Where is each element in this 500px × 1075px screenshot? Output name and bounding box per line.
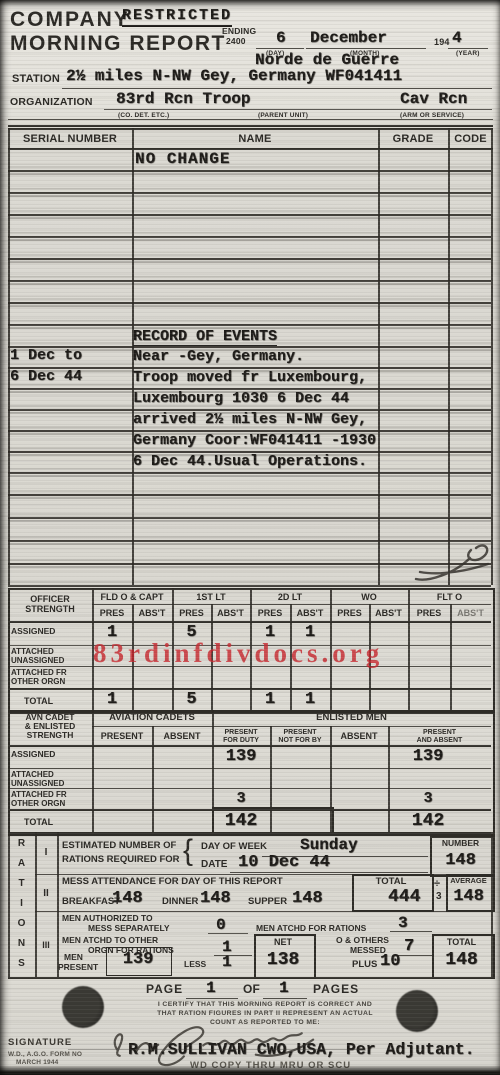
pages-total: 1 bbox=[279, 980, 289, 996]
events-date-to: 6 Dec 44 bbox=[10, 369, 82, 384]
enlisted-row-attached-1a: ATTACHED bbox=[11, 770, 54, 779]
officer-sub-abst-5: ABS'T bbox=[450, 608, 491, 618]
organization-label: ORGANIZATION bbox=[10, 97, 93, 108]
officer-row-assigned: ASSIGNED bbox=[11, 627, 55, 637]
form-number-line-1: W.D., A.G.O. FORM NO bbox=[8, 1051, 82, 1058]
roster-col-grade: GRADE bbox=[378, 134, 448, 146]
events-date-from: 1 Dec to bbox=[10, 348, 82, 363]
scan-bottom-edge bbox=[0, 1066, 500, 1075]
enlisted-group-enlisted: ENLISTED MEN bbox=[212, 713, 491, 724]
header-rule-1 bbox=[8, 119, 493, 120]
officer-sub-abst-3: ABS'T bbox=[290, 608, 330, 618]
rations-section-i: I bbox=[35, 847, 57, 859]
roster-col-name: NAME bbox=[132, 134, 378, 146]
enlisted-sub-pa-1: PRESENT bbox=[388, 729, 491, 737]
year-underline bbox=[448, 48, 488, 49]
day-of-week-label: DAY OF WEEK bbox=[201, 842, 267, 853]
mess-attendance-title: MESS ATTENDANCE FOR DAY OF THIS REPORT bbox=[62, 877, 283, 888]
arm-service-value: Cav Rcn bbox=[400, 91, 467, 107]
restricted-stamp: RESTRICTED bbox=[122, 8, 232, 27]
officer-row-attached-1b: UNASSIGNED bbox=[11, 656, 64, 665]
roster-header-top bbox=[8, 128, 493, 130]
enlisted-group-aviation: AVIATION CADETS bbox=[92, 713, 212, 724]
roster-entry-no-change: NO CHANGE bbox=[135, 151, 230, 167]
day-value: 6 bbox=[276, 30, 286, 46]
enlisted-attached-pa: 3 bbox=[388, 791, 468, 806]
rations-letter-n: N bbox=[8, 938, 35, 950]
code-name-entry: Norde de Guerre bbox=[255, 52, 399, 68]
page-number: 1 bbox=[206, 980, 216, 996]
events-line-3: Luxembourg 1030 6 Dec 44 bbox=[133, 391, 349, 406]
enlisted-row-rule-2 bbox=[8, 788, 491, 789]
officer-sub-abst-4: ABS'T bbox=[369, 608, 408, 618]
rations-date-label: DATE bbox=[201, 859, 227, 871]
ruled-line bbox=[8, 192, 491, 194]
organization-value: 83rd Rcn Troop bbox=[116, 91, 250, 107]
men-present-value: 139 bbox=[106, 951, 170, 968]
morning-report-document: COMPANY MORNING REPORT RESTRICTED ENDING… bbox=[0, 0, 500, 1075]
dinner-label: DINNER bbox=[162, 897, 198, 908]
dinner-value: 148 bbox=[200, 890, 231, 907]
rations-letter-r: R bbox=[8, 838, 35, 850]
atchd-rations-value: 3 bbox=[398, 915, 408, 931]
officer-total-2dlt-abst: 1 bbox=[290, 691, 330, 708]
events-line-4: arrived 2½ miles N-NW Gey, bbox=[133, 412, 367, 427]
rations-letter-a: A bbox=[8, 858, 35, 870]
plus-label: PLUS bbox=[352, 960, 377, 971]
rations-letter-t: T bbox=[8, 878, 35, 890]
breakfast-value: 148 bbox=[112, 890, 143, 907]
ending-label: ENDING bbox=[222, 27, 256, 36]
rations-section-iii: III bbox=[35, 940, 57, 950]
plus-value: 10 bbox=[380, 953, 400, 970]
day-underline bbox=[256, 48, 304, 49]
ending-time: 2400 bbox=[226, 37, 246, 46]
enlisted-total-pa: 142 bbox=[388, 812, 468, 830]
enlisted-sub-av-present: PRESENT bbox=[92, 731, 152, 741]
ruled-line bbox=[8, 472, 491, 474]
roster-col-code: CODE bbox=[448, 134, 493, 146]
org-sublabel-parent: (PARENT UNIT) bbox=[258, 112, 308, 119]
rations-letter-o: O bbox=[8, 918, 35, 930]
net-label: NET bbox=[254, 937, 312, 947]
roster-col-serial: SERIAL NUMBER bbox=[8, 134, 132, 146]
enlisted-vline-1 bbox=[152, 726, 154, 832]
handwritten-initials bbox=[408, 538, 496, 590]
mess-average-label: AVERAGE bbox=[446, 877, 491, 886]
divider-name-grade bbox=[378, 128, 380, 585]
ruled-line bbox=[8, 280, 491, 282]
officer-corner-label-1: OFFICER bbox=[8, 594, 92, 604]
rations-brace: { bbox=[183, 836, 193, 866]
year-value: 4 bbox=[452, 30, 462, 46]
page-underline-2 bbox=[263, 998, 307, 999]
month-underline bbox=[306, 48, 426, 49]
rations-section-ii: II bbox=[35, 888, 57, 900]
punch-hole-right bbox=[396, 990, 438, 1032]
rations-total-value: 148 bbox=[432, 951, 491, 969]
officer-group-flto: FLT O bbox=[408, 592, 491, 602]
form-number-line-2: MARCH 1944 bbox=[16, 1059, 58, 1066]
of-label: OF bbox=[243, 983, 260, 996]
divide-by-value: 3 bbox=[436, 891, 442, 903]
enlisted-row-total: TOTAL bbox=[24, 817, 53, 827]
enlisted-row-attached-2a: ATTACHED FR bbox=[11, 790, 67, 799]
others-messed-value: 7 bbox=[404, 938, 414, 955]
mess-average-value: 148 bbox=[446, 888, 491, 905]
mess-separately-label-2: MESS SEPARATELY bbox=[88, 924, 170, 934]
officer-sub-pres-4: PRES bbox=[330, 608, 369, 618]
rations-number-label: NUMBER bbox=[430, 839, 491, 849]
officer-vline-s5 bbox=[450, 604, 452, 710]
ruled-line bbox=[8, 302, 491, 304]
officer-sub-pres-1: PRES bbox=[92, 608, 132, 618]
officer-total-2dlt-pres: 1 bbox=[250, 691, 290, 708]
roster-header-bottom bbox=[8, 148, 493, 150]
events-line-1: Near -Gey, Germany. bbox=[133, 349, 304, 364]
month-value: December bbox=[310, 30, 387, 46]
enlisted-assigned-pa: 139 bbox=[388, 748, 468, 765]
officer-row-attached-1a: ATTACHED bbox=[11, 647, 54, 656]
estimated-rations-label-2: RATIONS REQUIRED FOR bbox=[62, 855, 180, 866]
enlisted-row-attached-2b: OTHER ORGN bbox=[11, 799, 65, 808]
enlisted-sub-absent: ABSENT bbox=[330, 731, 388, 741]
punch-hole-left bbox=[62, 986, 104, 1028]
officer-corner-label-2: STRENGTH bbox=[8, 604, 92, 614]
year-sublabel: (YEAR) bbox=[456, 50, 480, 57]
others-messed-underline bbox=[396, 955, 432, 956]
enlisted-sub-pnfd-1: PRESENT bbox=[270, 729, 330, 737]
enlisted-vline-label bbox=[92, 710, 94, 832]
officer-row-attached-2b: OTHER ORGN bbox=[11, 677, 65, 686]
less-label: LESS bbox=[184, 960, 206, 970]
divide-sign: ÷ bbox=[434, 878, 440, 891]
rations-date-value: 10 Dec 44 bbox=[238, 854, 330, 871]
officer-row-attached-2a: ATTACHED FR bbox=[11, 668, 67, 677]
officer-total-fld-pres: 1 bbox=[92, 691, 132, 708]
officer-group-wo: WO bbox=[330, 592, 408, 602]
table-right-border bbox=[491, 128, 493, 585]
certification-line-1: I CERTIFY THAT THIS MORNING REPORT IS CO… bbox=[85, 1001, 445, 1008]
ruled-line bbox=[8, 214, 491, 216]
pages-label: PAGES bbox=[313, 983, 359, 996]
day-of-week-value: Sunday bbox=[300, 837, 358, 853]
divider-grade-code bbox=[448, 128, 450, 585]
events-line-5: Germany Coor:WF041411 -1930 bbox=[133, 433, 376, 448]
enlisted-row-attached-1b: UNASSIGNED bbox=[11, 779, 64, 788]
year-prefix: 194 bbox=[434, 38, 450, 48]
rations-top-rule bbox=[8, 832, 491, 834]
rations-total-label: TOTAL bbox=[432, 937, 491, 947]
officer-sub-pres-2: PRES bbox=[172, 608, 211, 618]
officer-row-total: TOTAL bbox=[24, 696, 53, 706]
org-sublabel-arm: (ARM OR SERVICE) bbox=[400, 112, 464, 119]
officer-group-2dlt: 2D LT bbox=[250, 592, 330, 602]
enlisted-sub-av-absent: ABSENT bbox=[152, 731, 212, 741]
ruled-line bbox=[8, 324, 491, 326]
adjutant-stamp: R.M.SULLIVAN CWO,USA, Per Adjutant. bbox=[128, 1042, 475, 1059]
enlisted-attached-pfd: 3 bbox=[212, 791, 270, 806]
rations-bottom-rule bbox=[8, 977, 491, 979]
officer-vline-g4 bbox=[408, 588, 410, 710]
org-sublabel-co: (CO. DET. ETC.) bbox=[118, 112, 169, 119]
enlisted-row-assigned: ASSIGNED bbox=[11, 750, 55, 760]
officer-total-1stlt-pres: 5 bbox=[172, 691, 211, 708]
organization-underline bbox=[104, 109, 492, 110]
estimated-rations-label-1: ESTIMATED NUMBER OF bbox=[62, 841, 176, 852]
form-title-company: COMPANY bbox=[10, 9, 130, 32]
ruled-line bbox=[8, 258, 491, 260]
ruled-line bbox=[8, 517, 491, 519]
form-title-morning-report: MORNING REPORT bbox=[10, 33, 226, 56]
ruled-line bbox=[8, 170, 491, 172]
atchd-rations-label: MEN ATCHD FOR RATIONS bbox=[256, 924, 366, 934]
enlisted-corner-label-3: STRENGTH bbox=[8, 731, 92, 741]
supper-value: 148 bbox=[292, 890, 323, 907]
less-value: 1 bbox=[222, 954, 232, 970]
enlisted-sub-pa-2: AND ABSENT bbox=[388, 737, 491, 745]
atchd-rations-underline bbox=[390, 931, 432, 932]
officer-sub-abst-1: ABS'T bbox=[132, 608, 172, 618]
page-label: PAGE bbox=[146, 983, 183, 996]
mess-separately-value: 0 bbox=[216, 917, 226, 933]
station-label: STATION bbox=[12, 74, 60, 86]
enlisted-total-pfd: 142 bbox=[212, 812, 270, 830]
mess-separately-underline bbox=[208, 933, 248, 934]
rations-number-value: 148 bbox=[430, 852, 491, 869]
rations-date-underline bbox=[230, 872, 428, 873]
enlisted-assigned-pfd: 139 bbox=[212, 748, 270, 765]
enlisted-sub-pnfd-2: NOT FOR BY bbox=[270, 737, 330, 745]
officer-sub-abst-2: ABS'T bbox=[211, 608, 250, 618]
events-line-2: Troop moved fr Luxembourg, bbox=[133, 370, 367, 385]
officer-group-1stlt: 1ST LT bbox=[172, 592, 250, 602]
rations-numeral-divider bbox=[57, 832, 59, 978]
net-value: 138 bbox=[254, 951, 312, 969]
officer-group-fld: FLD O & CAPT bbox=[92, 592, 172, 602]
header-rule-2 bbox=[8, 125, 493, 127]
rations-letter-i: I bbox=[8, 898, 35, 910]
enlisted-sub-pfd-2: FOR DUTY bbox=[212, 737, 270, 745]
men-present-label-2: PRESENT bbox=[58, 963, 98, 973]
atchd-other-underline bbox=[214, 955, 252, 956]
record-of-events-title: RECORD OF EVENTS bbox=[133, 329, 277, 346]
station-underline bbox=[62, 88, 492, 89]
events-line-6: 6 Dec 44.Usual Operations. bbox=[133, 454, 367, 469]
page-underline-1 bbox=[186, 998, 238, 999]
ruled-line bbox=[8, 236, 491, 238]
supper-label: SUPPER bbox=[248, 897, 287, 908]
mess-total-value: 444 bbox=[388, 888, 420, 906]
officer-sub-pres-5: PRES bbox=[408, 608, 450, 618]
signature-label: SIGNATURE bbox=[8, 1038, 72, 1048]
enlisted-sub-pfd-1: PRESENT bbox=[212, 729, 270, 737]
rations-letter-s: S bbox=[8, 958, 35, 970]
officer-sub-pres-3: PRES bbox=[250, 608, 290, 618]
site-watermark: 83rdinfdivdocs.org bbox=[93, 638, 383, 669]
station-value: 2½ miles N-NW Gey, Germany WF041411 bbox=[66, 68, 402, 84]
enlisted-row-rule-1 bbox=[8, 768, 491, 769]
ruled-line bbox=[8, 494, 491, 496]
